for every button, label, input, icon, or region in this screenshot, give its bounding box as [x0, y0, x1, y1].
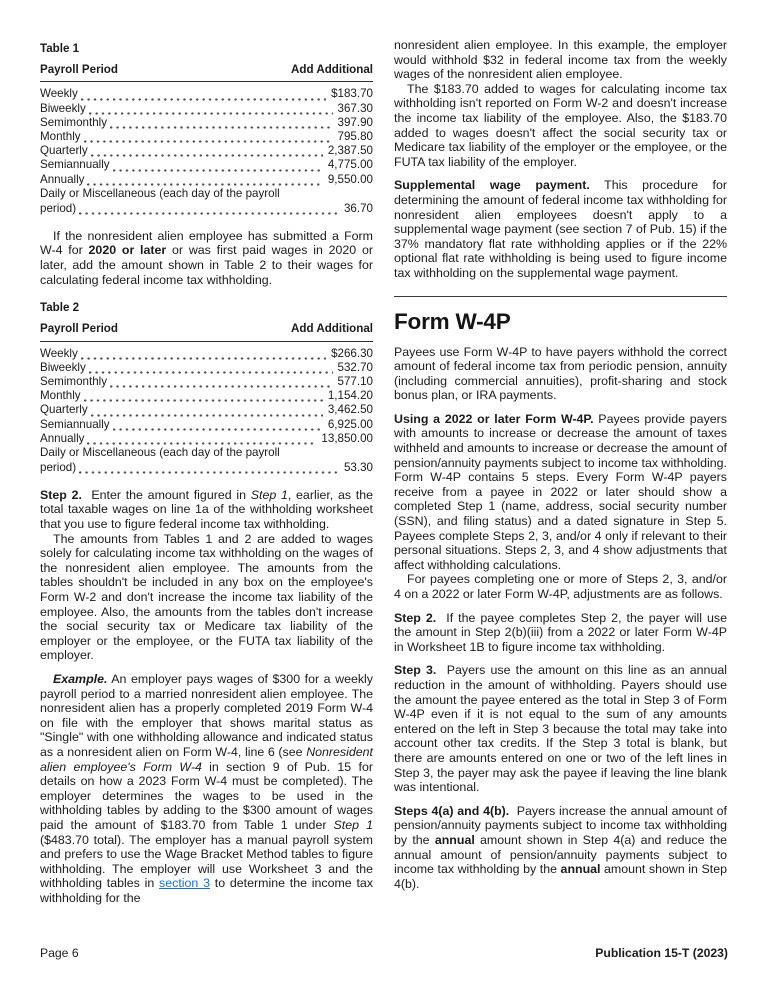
text-run: Payees use Form W-4P to have payers with… [394, 345, 727, 403]
table-row: Semiannually4,775.00 [40, 158, 373, 172]
dot-leader [110, 118, 333, 130]
step-2-paragraph: Step 2. Enter the amount figured in Step… [40, 488, 373, 532]
w4p-intro-paragraph: Payees use Form W-4P to have payers with… [394, 345, 727, 403]
table-row: Biweekly532.70 [40, 361, 373, 375]
table-2-column-add-additional: Add Additional [291, 322, 373, 336]
table-row-label-line1: Daily or Miscellaneous (each day of the … [40, 446, 373, 460]
row-label: Monthly [40, 389, 81, 403]
tables-amounts-paragraph: The amounts from Tables 1 and 2 are adde… [40, 532, 373, 663]
table-2-column-payroll-period: Payroll Period [40, 322, 118, 336]
table-row: Monthly1,154.20 [40, 389, 373, 403]
row-value: 53.30 [344, 461, 373, 475]
text-run: nonresident alien employee. In this exam… [394, 38, 727, 81]
text-run: Enter the amount figured in [82, 488, 251, 502]
table-1-header: Payroll Period Add Additional [40, 63, 373, 82]
text-run: Example. [53, 672, 107, 686]
text-run: Payers use the amount on this line as an… [394, 663, 727, 794]
table-2: Table 2 Payroll Period Add Additional We… [40, 301, 373, 475]
row-label: Semiannually [40, 418, 110, 432]
row-label: Quarterly [40, 403, 88, 417]
dot-leader [91, 406, 323, 418]
dot-leader [79, 204, 339, 216]
row-value: 577.10 [338, 375, 373, 389]
text-run: For payees completing one or more of Ste… [394, 572, 727, 601]
row-label: period) [40, 461, 76, 475]
row-value: 532.70 [338, 361, 373, 375]
text-run: Step 1 [251, 488, 288, 502]
dot-leader [110, 377, 333, 389]
table-1: Table 1 Payroll Period Add Additional We… [40, 42, 373, 216]
text-run: Step 3. [394, 663, 436, 677]
row-value: 1,154.20 [328, 389, 373, 403]
form-w4p-heading: Form W-4P [394, 310, 727, 334]
continuation-paragraph: nonresident alien employee. In this exam… [394, 38, 727, 82]
publication-title: Publication 15-T (2023) [595, 946, 728, 960]
table-1-column-payroll-period: Payroll Period [40, 63, 118, 77]
table-2-caption: Table 2 [40, 301, 373, 315]
form-w4p-section: Form W-4P Payees use Form W-4P to have p… [394, 296, 727, 892]
dot-leader [89, 104, 333, 116]
dot-leader [79, 463, 339, 475]
row-label: Weekly [40, 87, 78, 101]
table-row: Weekly$266.30 [40, 347, 373, 361]
row-label: Semiannually [40, 158, 110, 172]
row-value: $266.30 [331, 347, 373, 361]
row-label: Semimonthly [40, 116, 107, 130]
two-column-layout: Table 1 Payroll Period Add Additional We… [0, 0, 768, 905]
text-run: The $183.70 added to wages for calculati… [394, 82, 727, 169]
table-row: Quarterly2,387.50 [40, 144, 373, 158]
row-value: 9,550.00 [328, 173, 373, 187]
row-value: 3,462.50 [328, 403, 373, 417]
table-1-caption: Table 1 [40, 42, 373, 56]
table-row: Semiannually6,925.00 [40, 418, 373, 432]
row-value: 367.30 [338, 102, 373, 116]
text-run: Step 2. [394, 611, 436, 625]
text-run: annual [435, 833, 475, 847]
table-row: Annually13,850.00 [40, 432, 373, 446]
table-row: Semimonthly577.10 [40, 375, 373, 389]
dot-leader [87, 175, 322, 187]
row-value: 795.80 [338, 130, 373, 144]
table-row: period)36.70 [40, 202, 373, 216]
row-label: Biweekly [40, 102, 86, 116]
row-value: 397.90 [338, 116, 373, 130]
right-column: nonresident alien employee. In this exam… [394, 38, 727, 905]
text-run: This procedure for determining the amoun… [394, 178, 727, 280]
row-label: Annually [40, 432, 84, 446]
row-label: period) [40, 202, 76, 216]
dot-leader [113, 420, 323, 432]
row-label: Biweekly [40, 361, 86, 375]
table-row: Weekly$183.70 [40, 87, 373, 101]
table-row: Monthly795.80 [40, 130, 373, 144]
w4p-steps-4a-4b-paragraph: Steps 4(a) and 4(b). Payers increase the… [394, 804, 727, 892]
w4-2020-intro-paragraph: If the nonresident alien employee has su… [40, 229, 373, 287]
row-value: $183.70 [331, 87, 373, 101]
table-2-header: Payroll Period Add Additional [40, 322, 373, 341]
table-row: Biweekly367.30 [40, 102, 373, 116]
page-number: Page 6 [40, 946, 79, 960]
table-row: Semimonthly397.90 [40, 116, 373, 130]
supplemental-wage-payment-paragraph: Supplemental wage payment. This procedur… [394, 178, 727, 280]
example-paragraph: Example. An employer pays wages of $300 … [40, 672, 373, 906]
dot-leader [113, 161, 323, 173]
row-value: 6,925.00 [328, 418, 373, 432]
w4p-step-2-paragraph: Step 2. If the payee completes Step 2, t… [394, 611, 727, 655]
table-2-body: Weekly$266.30Biweekly532.70Semimonthly57… [40, 347, 373, 475]
row-label: Semimonthly [40, 375, 107, 389]
table-row-label-line1: Daily or Miscellaneous (each day of the … [40, 187, 373, 201]
page-footer: Page 6 Publication 15-T (2023) [40, 946, 728, 960]
w4p-step-3-paragraph: Step 3. Payers use the amount on this li… [394, 663, 727, 794]
row-value: 36.70 [344, 202, 373, 216]
dot-leader [81, 90, 326, 102]
dot-leader [89, 363, 333, 375]
text-run: The amounts from Tables 1 and 2 are adde… [40, 532, 373, 663]
row-value: 4,775.00 [328, 158, 373, 172]
document-page: Table 1 Payroll Period Add Additional We… [0, 0, 768, 994]
text-run: annual [561, 862, 601, 876]
left-mid-paragraphs: If the nonresident alien employee has su… [40, 229, 373, 287]
using-2022-form-w4p-paragraph: Using a 2022 or later Form W-4P. Payees … [394, 412, 727, 573]
text-run: Supplemental wage payment. [394, 178, 590, 192]
text-run: Using a 2022 or later Form W-4P. [394, 412, 594, 426]
dot-leader [87, 434, 316, 446]
text-run: Steps 4(a) and 4(b). [394, 804, 509, 818]
row-label: Weekly [40, 347, 78, 361]
text-run: Step 1 [334, 818, 373, 832]
row-value: 2,387.50 [328, 144, 373, 158]
table-row: Quarterly3,462.50 [40, 403, 373, 417]
table-row: Annually9,550.00 [40, 173, 373, 187]
table-1-column-add-additional: Add Additional [291, 63, 373, 77]
dot-leader [91, 146, 323, 158]
table-1-body: Weekly$183.70Biweekly367.30Semimonthly39… [40, 87, 373, 215]
for-payees-paragraph: For payees completing one or more of Ste… [394, 572, 727, 601]
text-run: If the payee completes Step 2, the payer… [394, 611, 727, 654]
amounts-not-reported-paragraph: The $183.70 added to wages for calculati… [394, 82, 727, 170]
dot-leader [84, 132, 333, 144]
text-run: Step 2. [40, 488, 82, 502]
row-label: Monthly [40, 130, 81, 144]
form-w4p-paragraphs: Payees use Form W-4P to have payers with… [394, 345, 727, 892]
right-top-paragraphs: nonresident alien employee. In this exam… [394, 38, 727, 281]
left-column: Table 1 Payroll Period Add Additional We… [40, 38, 373, 905]
text-run: 2020 or later [89, 243, 167, 257]
text-run: Payees provide payers with amounts to in… [394, 412, 727, 572]
dot-leader [84, 391, 323, 403]
section-3-link[interactable]: section 3 [159, 876, 210, 890]
row-label: Annually [40, 173, 84, 187]
dot-leader [81, 349, 326, 361]
table-row: period)53.30 [40, 461, 373, 475]
row-value: 13,850.00 [321, 432, 373, 446]
left-bottom-paragraphs: Step 2. Enter the amount figured in Step… [40, 488, 373, 906]
row-label: Quarterly [40, 144, 88, 158]
